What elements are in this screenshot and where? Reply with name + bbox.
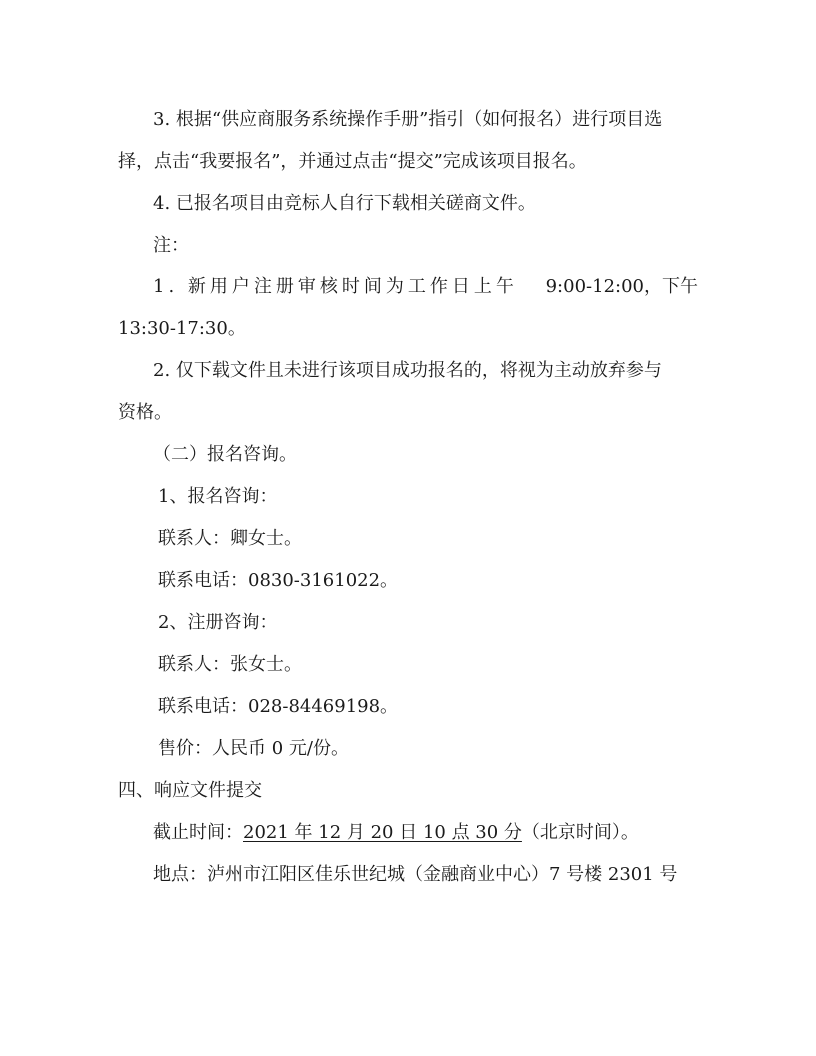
deadline-line: 截止时间：2021 年 12 月 20 日 10 点 30 分（北京时间）。 bbox=[153, 821, 639, 845]
document-page: 3. 根据“供应商服务系统操作手册”指引（如何报名）进行项目选 择，点击“我要报… bbox=[0, 0, 816, 1056]
note-label: 注： bbox=[153, 234, 189, 258]
location-text: 地点：泸州市江阳区佳乐世纪城（金融商业中心）7 号楼 2301 号 bbox=[153, 863, 677, 887]
consult-signup-contact: 联系人：张女士。 bbox=[158, 653, 302, 677]
note2-line2: 资格。 bbox=[118, 401, 172, 425]
note1-text-a: 1. 新用户注册审核时间为工作日上午 bbox=[153, 275, 518, 299]
price-text: 售价：人民币 0 元/份。 bbox=[158, 737, 349, 761]
section-consultation-heading: （二）报名咨询。 bbox=[153, 443, 297, 467]
section4-heading: 四、响应文件提交 bbox=[118, 779, 262, 803]
note1-line1: 1. 新用户注册审核时间为工作日上午 9:00-12:00，下午 bbox=[153, 275, 698, 299]
paragraph-step3-line2: 择，点击“我要报名”，并通过点击“提交”完成该项目报名。 bbox=[118, 150, 587, 174]
paragraph-step3-line1: 3. 根据“供应商服务系统操作手册”指引（如何报名）进行项目选 bbox=[153, 108, 662, 132]
consult-signup-title: 2、注册咨询： bbox=[158, 611, 277, 635]
consult-registration-phone: 联系电话：0830-3161022。 bbox=[158, 569, 398, 593]
note1-text-b: 9:00-12:00，下午 bbox=[546, 275, 698, 299]
consult-registration-contact: 联系人：卿女士。 bbox=[158, 527, 302, 551]
note1-line2: 13:30-17:30。 bbox=[118, 317, 246, 341]
consult-signup-phone: 联系电话：028-84469198。 bbox=[158, 695, 398, 719]
paragraph-step4: 4. 已报名项目由竞标人自行下载相关磋商文件。 bbox=[153, 192, 536, 216]
deadline-suffix: （北京时间）。 bbox=[522, 822, 639, 843]
deadline-value: 2021 年 12 月 20 日 10 点 30 分 bbox=[243, 822, 522, 843]
note2-line1: 2. 仅下载文件且未进行该项目成功报名的，将视为主动放弃参与 bbox=[153, 359, 662, 383]
consult-registration-title: 1、报名咨询： bbox=[158, 485, 277, 509]
deadline-label: 截止时间： bbox=[153, 822, 243, 843]
